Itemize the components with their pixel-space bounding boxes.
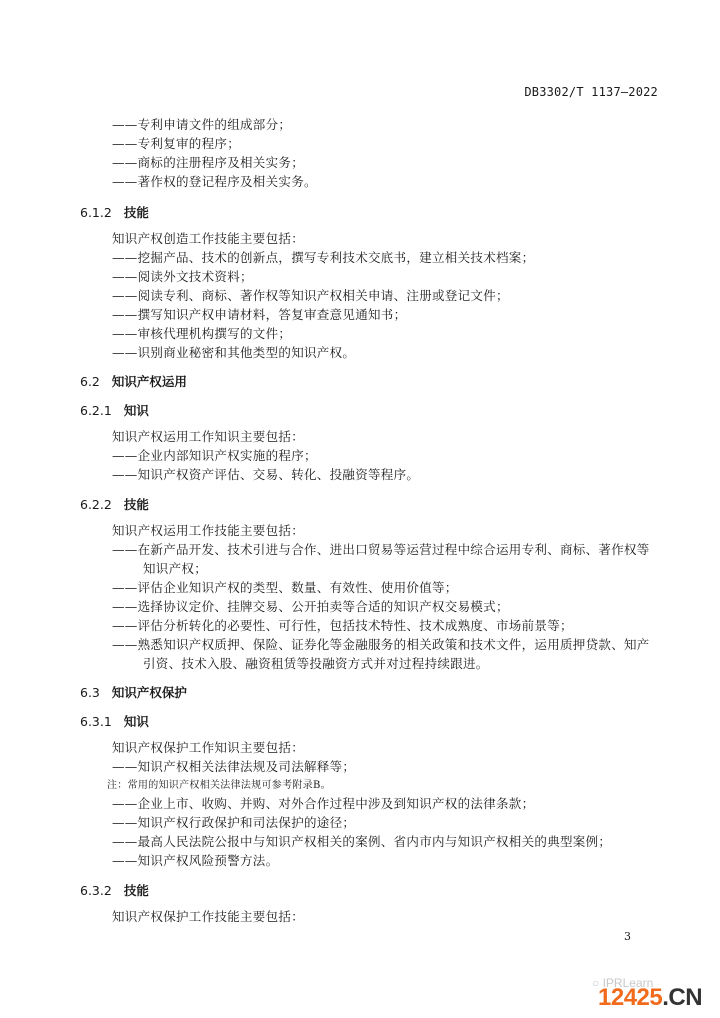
section-number: 6.2.1 (80, 403, 112, 418)
list-item: ——知识产权风险预警方法。 (112, 851, 278, 870)
section-title: 知识 (124, 403, 149, 418)
section-number: 6.3 (80, 685, 100, 700)
section-title: 知识产权运用 (112, 374, 187, 389)
list-item: ——撰写知识产权申请材料，答复审查意见通知书； (112, 305, 406, 324)
section-heading-6-2-1: 6.2.1知识 (80, 401, 149, 419)
section-number: 6.2.2 (80, 497, 112, 512)
note-text: 注：常用的知识产权相关法律法规可参考附录B。 (107, 776, 331, 795)
section-number: 6.2 (80, 374, 100, 389)
document-code: DB3302/T 1137—2022 (524, 85, 658, 99)
section-number: 6.3.2 (80, 883, 112, 898)
section-heading-6-3-2: 6.3.2技能 (80, 881, 149, 899)
list-item-continuation: 知识产权； (143, 559, 207, 578)
section-title: 知识产权保护 (112, 685, 187, 700)
section-intro: 知识产权运用工作技能主要包括： (112, 521, 304, 540)
list-item-continuation: 引资、技术入股、融资租赁等投融资方式并对过程持续跟进。 (143, 654, 489, 673)
list-item: ——挖掘产品、技术的创新点，撰写专利技术交底书，建立相关技术档案； (112, 248, 534, 267)
list-item: ——企业内部知识产权实施的程序； (112, 446, 317, 465)
list-item: ——评估分析转化的必要性、可行性，包括技术特性、技术成熟度、市场前景等； (112, 616, 573, 635)
list-item: ——评估企业知识产权的类型、数量、有效性、使用价值等； (112, 578, 458, 597)
list-item: ——在新产品开发、技术引进与合作、进出口贸易等运营过程中综合运用专利、商标、著作… (112, 540, 650, 559)
section-intro: 知识产权运用工作知识主要包括： (112, 427, 304, 446)
site-watermark: 12425.CN (598, 984, 702, 1012)
list-item: ——最高人民法院公报中与知识产权相关的案例、省内市内与知识产权相关的典型案例； (112, 832, 611, 851)
section-heading-6-1-2: 6.1.2技能 (80, 203, 149, 221)
section-intro: 知识产权保护工作技能主要包括： (112, 907, 304, 926)
list-item: ——知识产权相关法律法规及司法解释等； (112, 757, 355, 776)
page-number: 3 (624, 930, 631, 943)
list-item: ——阅读专利、商标、著作权等知识产权相关申请、注册或登记文件； (112, 286, 509, 305)
list-item: ——审核代理机构撰写的文件； (112, 324, 291, 343)
document-page: DB3302/T 1137—2022 ——专利申请文件的组成部分； ——专利复审… (0, 0, 720, 1018)
section-title: 技能 (124, 497, 149, 512)
section-title: 知识 (124, 714, 149, 729)
section-intro: 知识产权创造工作技能主要包括： (112, 229, 304, 248)
list-item: ——商标的注册程序及相关实务； (112, 153, 304, 172)
section-heading-6-2: 6.2知识产权运用 (80, 372, 187, 390)
list-item: ——著作权的登记程序及相关实务。 (112, 172, 317, 191)
list-item: ——知识产权行政保护和司法保护的途径； (112, 813, 355, 832)
list-item: ——专利复审的程序； (112, 134, 240, 153)
section-number: 6.1.2 (80, 205, 112, 220)
section-number: 6.3.1 (80, 714, 112, 729)
list-item: ——选择协议定价、挂牌交易、公开拍卖等合适的知识产权交易模式； (112, 597, 509, 616)
list-item: ——知识产权资产评估、交易、转化、投融资等程序。 (112, 465, 419, 484)
list-item: ——阅读外文技术资料； (112, 267, 253, 286)
list-item: ——识别商业秘密和其他类型的知识产权。 (112, 343, 355, 362)
section-title: 技能 (124, 205, 149, 220)
list-item: ——专利申请文件的组成部分； (112, 115, 291, 134)
section-heading-6-3: 6.3知识产权保护 (80, 683, 187, 701)
section-heading-6-3-1: 6.3.1知识 (80, 712, 149, 730)
section-heading-6-2-2: 6.2.2技能 (80, 495, 149, 513)
section-intro: 知识产权保护工作知识主要包括： (112, 738, 304, 757)
watermark-number: 12425 (598, 984, 662, 1011)
section-title: 技能 (124, 883, 149, 898)
watermark-suffix: .CN (662, 984, 702, 1011)
list-item: ——熟悉知识产权质押、保险、证券化等金融服务的相关政策和技术文件，运用质押贷款、… (112, 635, 650, 654)
list-item: ——企业上市、收购、并购、对外合作过程中涉及到知识产权的法律条款； (112, 794, 534, 813)
